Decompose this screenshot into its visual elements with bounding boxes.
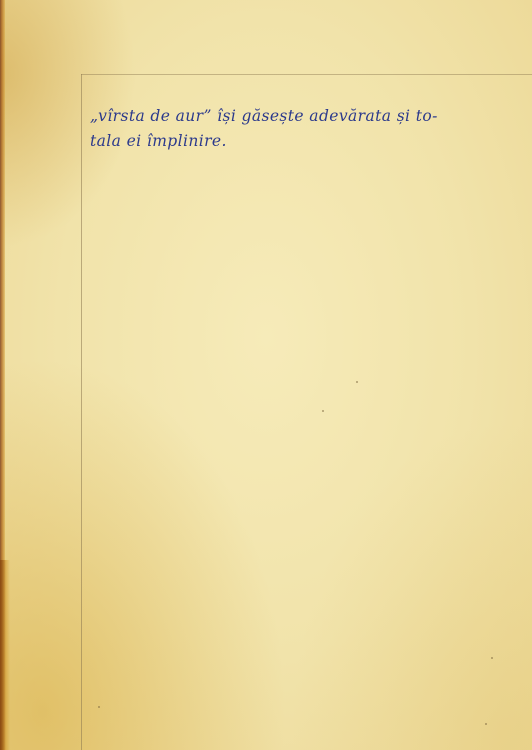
paper-speck [98,706,100,708]
text-line-2: tala ei împlinire. [90,129,530,154]
paper-speck [356,381,358,383]
text-line-1: „vîrsta de aur” își găsește adevărata și… [90,104,530,129]
manuscript-page: „vîrsta de aur” își găsește adevărata și… [0,0,532,750]
paper-speck [491,657,493,659]
paper-speck [322,410,324,412]
handwritten-text: „vîrsta de aur” își găsește adevărata și… [90,104,530,154]
paper-corner-stain [0,560,10,750]
paper-speck [485,723,487,725]
top-margin-line [81,74,532,75]
left-margin-line [81,74,82,750]
